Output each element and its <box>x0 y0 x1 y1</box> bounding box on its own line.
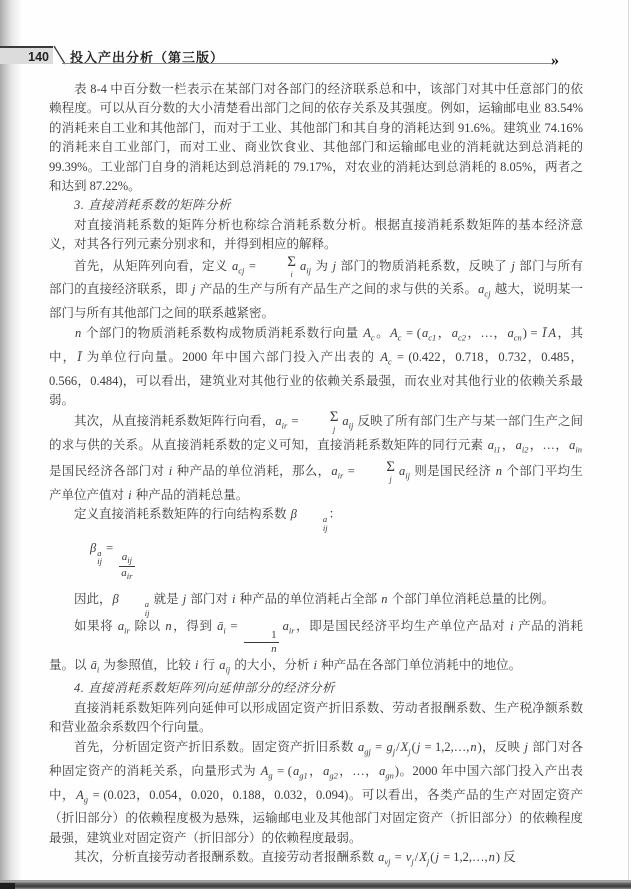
sigma-glyph: Σ <box>262 255 296 270</box>
var-sub: ij <box>306 265 311 275</box>
math-var: n <box>165 619 171 633</box>
math-var: agn <box>379 764 394 778</box>
math-var: vj <box>406 850 414 864</box>
var-letter: β <box>291 507 297 521</box>
var-letter: i <box>232 592 235 606</box>
var-sub: i <box>97 664 99 674</box>
math-var: i <box>195 658 198 672</box>
math-var: i <box>314 658 317 672</box>
math-var: j <box>511 259 514 273</box>
var-sub: ij <box>226 664 231 674</box>
text-run: 首先，从矩阵列向看，定义 <box>74 259 231 273</box>
page-number-box: 140 <box>0 46 53 64</box>
fraction: aijair <box>118 551 135 582</box>
text-run: / <box>415 850 418 864</box>
sum-operator: Σi <box>262 255 296 279</box>
sum-operator: Σj <box>361 460 395 484</box>
math-var: Xj <box>401 740 411 754</box>
math-var: n <box>381 592 387 606</box>
text-run: 是国民经济各部门对 <box>49 464 168 478</box>
var-letter: n <box>165 619 171 633</box>
page-right-edge-line <box>628 0 629 889</box>
section-heading: 4. 直接消耗系数矩阵列向延伸部分的经济分析 <box>49 679 583 698</box>
text-run: 为单位行向量。2000 年中国六部门投入产出表的 <box>82 350 379 364</box>
var-letter: i <box>314 658 317 672</box>
text-run: 个部门的物质消耗系数构成物质消耗系数行向量 <box>82 326 362 340</box>
math-var: air <box>118 619 130 633</box>
math-var: i <box>510 619 513 633</box>
text-run: )，反映 <box>478 740 524 754</box>
paragraph: 首先，从矩阵列向看，定义 acj = Σiaij 为 j 部门的物质消耗系数，反… <box>49 255 583 324</box>
var-sub: ir <box>338 470 344 480</box>
text-run: 就是 <box>150 592 181 606</box>
var-letter: j <box>511 259 514 273</box>
text-run: 部门对 <box>187 592 231 606</box>
text-run: ( <box>412 740 416 754</box>
var-letter: n <box>75 326 81 340</box>
var-letter: j <box>435 850 438 864</box>
var-letter: A <box>380 350 388 364</box>
text-run: = <box>103 541 116 555</box>
text-run: 部门的物质消耗系数，反映了 <box>337 259 510 273</box>
var-sub: j <box>427 857 429 867</box>
var-letter: Ī <box>77 350 81 364</box>
text-run: ( <box>430 850 434 864</box>
math-var: ag2 <box>323 764 338 778</box>
math-var: air <box>275 414 287 428</box>
text-run: 种产品在各部门单位消耗中的地位。 <box>318 658 521 672</box>
text-run: 因此， <box>74 592 112 606</box>
fraction-numerator: 1 <box>244 629 279 643</box>
var-sub: vj <box>384 857 390 867</box>
text-run: ， <box>437 326 450 340</box>
text-run: ，即是国民经济平均生产单位产品对 <box>296 619 509 633</box>
var-sub: ij <box>405 470 410 480</box>
text-run: 种产品的单位消耗占全部 <box>236 592 380 606</box>
math-var: j <box>333 259 336 273</box>
var-sub: i <box>223 626 225 636</box>
var-letter: n <box>381 592 387 606</box>
math-var: βaij <box>291 507 328 521</box>
text-run: ，…， <box>339 764 378 778</box>
math-var: āi <box>217 619 226 633</box>
sigma-glyph: Σ <box>305 410 339 425</box>
text-run: = <box>245 259 259 273</box>
var-letter: j <box>192 282 195 296</box>
var-sub: j <box>408 746 410 756</box>
math-var: i <box>232 592 235 606</box>
var-letter: n <box>496 464 502 478</box>
var-sub: g2 <box>329 770 338 780</box>
text-run: ，得到 <box>173 619 216 633</box>
math-var: Xj <box>419 850 429 864</box>
math-var: n <box>489 850 495 864</box>
page-left-edge-shadow <box>0 0 22 889</box>
var-scripts: aij <box>298 515 328 532</box>
math-var: j <box>183 592 186 606</box>
text-run: 4. 直接消耗系数矩阵列向延伸部分的经济分析 <box>74 681 335 695</box>
var-sub: g <box>84 794 88 804</box>
math-var: aij <box>122 551 132 563</box>
text-run: 种产品的单位消耗，那么， <box>173 464 330 478</box>
text-run: 其次，从直接消耗系数矩阵行向看， <box>74 414 274 428</box>
var-sub: cj <box>484 289 490 299</box>
text-run: = 1,2,…, <box>421 740 469 754</box>
paragraph: 其次，从直接消耗系数矩阵行向看，air = Σjaij 反映了所有部门生产与某一… <box>49 410 583 505</box>
math-var: j <box>417 740 420 754</box>
section-heading: 3. 直接消耗系数的矩阵分析 <box>49 196 583 215</box>
math-var: acj <box>232 259 244 273</box>
text-run: 为参照值，比较 <box>100 658 194 672</box>
math-var: n <box>271 643 277 655</box>
paragraph: 其次，分析直接劳动者报酬系数。直接劳动者报酬系数 avj = vj/Xj(j =… <box>49 848 583 872</box>
var-sub: ij <box>298 524 328 533</box>
var-sub: gj <box>364 746 371 756</box>
book-page: 140 投入产出分析（第三版） » 表 8-4 中百分数一栏表示在某部门对各部门… <box>0 0 631 889</box>
math-var: Ac <box>380 350 391 364</box>
math-var: air <box>331 464 343 478</box>
var-sub: g <box>268 770 272 780</box>
var-sub: c <box>388 356 392 366</box>
var-sub: cj <box>238 265 244 275</box>
var-letter: i <box>128 488 131 502</box>
text-run: 如果将 <box>74 619 117 633</box>
math-var: agj <box>358 740 371 754</box>
text-run: = (0.023，0.054，0.020，0.188，0.032，0.094)。… <box>49 788 583 845</box>
math-var: ac2 <box>452 326 466 340</box>
text-run: ) = <box>523 326 541 340</box>
text-run: = <box>392 850 405 864</box>
sum-index: j <box>308 426 335 434</box>
math-var: air <box>283 619 295 633</box>
fraction-numerator: aij <box>119 551 135 567</box>
sum-operator: Σj <box>305 410 339 434</box>
var-sub: c <box>398 332 402 342</box>
var-letter: X <box>419 850 427 864</box>
var-sub: g1 <box>299 770 308 780</box>
text-run: ： <box>329 507 342 521</box>
text-run: 表 8-4 中百分数一栏表示在某部门对各部门的经济联系总和中，该部门对其中任意部… <box>49 82 583 193</box>
math-var: avj <box>378 850 390 864</box>
math-var: gj <box>387 740 396 754</box>
var-scripts: aij <box>120 600 150 617</box>
text-run: ， <box>309 764 322 778</box>
math-var: n <box>496 464 502 478</box>
text-run: 直接消耗系数矩阵列向延伸可以形成固定资产折旧系数、劳动者报酬系数、生产税净额系数… <box>49 701 583 734</box>
text-run: 种产品的消耗总量。 <box>133 488 249 502</box>
math-var: acj <box>478 282 490 296</box>
math-var: Ī <box>77 350 81 364</box>
text-run: / <box>396 740 399 754</box>
math-var: i <box>169 464 172 478</box>
math-var: βaij <box>113 592 150 606</box>
var-letter: n <box>489 850 495 864</box>
page-bottom-edge <box>0 880 631 889</box>
math-var: Ī <box>542 326 546 340</box>
text-run: 则是国民经济 <box>411 464 495 478</box>
page-corner-shadow <box>0 883 15 889</box>
math-var: acn <box>507 326 521 340</box>
var-letter: n <box>271 643 277 655</box>
math-var: Ag <box>261 764 273 778</box>
paragraph: 因此，βaij 就是 j 部门对 i 种产品的单位消耗占全部 n 个部门单位消耗… <box>49 590 583 617</box>
var-sub: ij <box>120 609 150 618</box>
math-var: aij <box>219 658 230 672</box>
math-var: āi <box>91 658 100 672</box>
fraction-denominator: n <box>243 643 280 656</box>
math-var: ai1 <box>488 438 501 452</box>
var-letter: β <box>113 592 119 606</box>
paragraph: 如果将 air 除以 n，得到 āi = 1nair，即是国民经济平均生产单位产… <box>49 617 583 679</box>
text-run: 。 <box>376 326 389 340</box>
var-sub: cn <box>514 332 522 342</box>
text-run: = <box>372 740 386 754</box>
math-var: βaij <box>90 541 102 555</box>
math-var: ac1 <box>422 326 436 340</box>
math-var: Ac <box>390 326 401 340</box>
fraction-denominator: air <box>118 567 135 582</box>
math-var: A <box>548 326 556 340</box>
var-letter: j <box>525 740 528 754</box>
var-letter: Ī <box>542 326 546 340</box>
page-number: 140 <box>28 49 53 66</box>
header-rule <box>62 63 553 64</box>
display-formula: βaij = aijair <box>49 539 583 582</box>
text-run: 产品的生产与所有产品生产之间的求与供的关系。 <box>196 282 477 296</box>
math-var: j <box>525 740 528 754</box>
sum-index: i <box>266 271 293 279</box>
var-sub: ir <box>127 571 133 581</box>
text-run: ，…， <box>467 326 506 340</box>
paragraph: 表 8-4 中百分数一栏表示在某部门对各部门的经济联系总和中，该部门对其中任意部… <box>49 80 583 196</box>
math-var: aij <box>342 414 353 428</box>
math-var: Ac <box>363 326 374 340</box>
var-sub: ij <box>349 421 354 431</box>
var-scripts: aij <box>97 549 102 566</box>
math-var: ag1 <box>293 764 308 778</box>
var-sub: gn <box>385 770 394 780</box>
text-run: ， <box>502 438 515 452</box>
var-sub: i2 <box>522 445 529 455</box>
var-sub: ir <box>282 421 288 431</box>
text-run: = <box>227 619 241 633</box>
math-var: air <box>121 567 132 579</box>
paragraph: 对直接消耗系数的矩阵分析也称综合消耗系数分析。根据直接消耗系数矩阵的基本经济意义… <box>49 216 583 255</box>
var-letter: i <box>510 619 513 633</box>
var-sub: ij <box>127 556 132 566</box>
paragraph: 定义直接消耗系数矩阵的行向结构系数 βaij： <box>49 505 583 532</box>
text-run: 对直接消耗系数的矩阵分析也称综合消耗系数分析。根据直接消耗系数矩阵的基本经济意义… <box>49 218 583 251</box>
var-letter: A <box>390 326 398 340</box>
var-letter: j <box>417 740 420 754</box>
math-var: aij <box>300 259 311 273</box>
var-letter: A <box>548 326 556 340</box>
var-letter: n <box>470 740 476 754</box>
math-var: n <box>75 326 81 340</box>
var-letter: A <box>76 788 84 802</box>
text-run: 的大小，分析 <box>231 658 312 672</box>
math-var: Ag <box>76 788 88 802</box>
text-run: = ( <box>274 764 292 778</box>
var-sub: j <box>393 746 395 756</box>
fraction: 1n <box>243 629 280 655</box>
var-sub: c2 <box>458 332 466 342</box>
text-run: 3. 直接消耗系数的矩阵分析 <box>74 198 231 212</box>
text-run: = <box>344 464 358 478</box>
document-body: 表 8-4 中百分数一栏表示在某部门对各部门的经济联系总和中，该部门对其中任意部… <box>49 80 583 872</box>
text-run: ) 反 <box>496 850 516 864</box>
var-letter: β <box>90 541 96 555</box>
paragraph: 首先，分析固定资产折旧系数。固定资产折旧系数 agj = gj/Xj(j = 1… <box>49 738 583 849</box>
var-letter: A <box>363 326 371 340</box>
var-letter: j <box>333 259 336 273</box>
text-run: = ( <box>403 326 421 340</box>
text-run: ，…， <box>530 438 569 452</box>
text-run: = <box>288 414 301 428</box>
text-run: 首先，分析固定资产折旧系数。固定资产折旧系数 <box>74 740 357 754</box>
sigma-glyph: Σ <box>361 460 395 475</box>
math-var: aij <box>399 464 410 478</box>
text-run: 为 <box>312 259 332 273</box>
var-sub: ir <box>289 626 295 636</box>
math-var: i <box>128 488 131 502</box>
text-run: 1 <box>271 629 277 641</box>
chevron-right-icon: » <box>551 52 557 70</box>
var-letter: i <box>169 464 172 478</box>
math-var: n <box>470 740 476 754</box>
math-var: j <box>192 282 195 296</box>
var-sub: i1 <box>494 445 501 455</box>
var-sub: ij <box>97 557 102 566</box>
text-run: 个部门单位消耗总量的比例。 <box>389 592 555 606</box>
math-var: ain <box>569 438 582 452</box>
paragraph: 直接消耗系数矩阵列向延伸可以形成固定资产折旧系数、劳动者报酬系数、生产税净额系数… <box>49 699 583 738</box>
text-run: = 1,2,…, <box>440 850 488 864</box>
math-var: j <box>435 850 438 864</box>
paragraph: n 个部门的物质消耗系数构成物质消耗系数行向量 Ac。Ac = (ac1，ac2… <box>49 324 583 411</box>
var-sub: ir <box>124 626 130 636</box>
var-sub: j <box>411 857 413 867</box>
text-run: 定义直接消耗系数矩阵的行向结构系数 <box>74 507 290 521</box>
var-letter: j <box>183 592 186 606</box>
var-sub: in <box>575 445 582 455</box>
sum-index: j <box>364 476 391 484</box>
var-sub: c <box>371 332 375 342</box>
var-letter: i <box>195 658 198 672</box>
text-run: 其次，分析直接劳动者报酬系数。直接劳动者报酬系数 <box>74 850 377 864</box>
var-sub: c1 <box>428 332 436 342</box>
math-var: ai2 <box>516 438 529 452</box>
text-run: 除以 <box>131 619 165 633</box>
text-run: 行 <box>200 658 219 672</box>
